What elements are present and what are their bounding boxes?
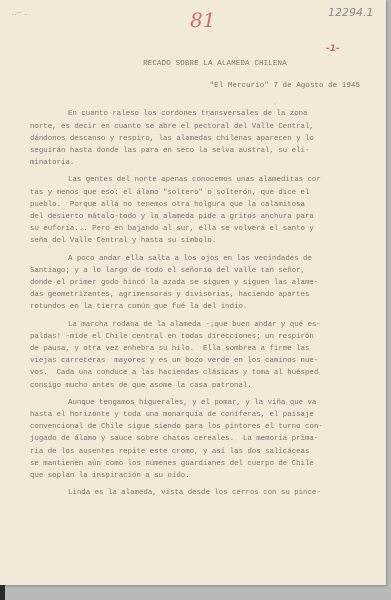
text-line: convencional de Chile sigue siendo para …: [30, 421, 360, 433]
text-line: minatoria.: [30, 157, 360, 169]
dateline: "El Mercurio" 7 de Agosto de 1945: [30, 80, 360, 92]
text-line: de pausa, y otra vez enhebra su hilo. El…: [30, 343, 360, 355]
text-line: rotundos en la tierra común que fué la d…: [30, 301, 360, 313]
text-line: que soplan la inspiración a su oído.: [30, 470, 360, 482]
document-body: RECADO SOBRE LA ALAMEDA CHILENA "El Merc…: [30, 58, 360, 505]
text-line: A poco andar ella salta a los ojos en la…: [30, 253, 360, 265]
paragraph-4: La marcha rodana de la alameda -¡que bue…: [30, 319, 360, 392]
text-line: paldas! -mide el Chile central en todas …: [30, 331, 360, 343]
paragraph-1: En cuanto raleso los cordones transversa…: [30, 108, 360, 169]
text-line: das geometrizantes, agrimensoras y divis…: [30, 289, 360, 301]
text-line: su euforía... Pero en bajando al sur, el…: [30, 223, 360, 235]
document-page: -· ̅ ̅ - 81 12294.1 -1- RECADO SOBRE LA …: [0, 0, 386, 585]
text-line: jugado de álamo y sauce sobre chatos cer…: [30, 433, 360, 445]
paragraph-2: Las gentes del norte apenas conocemos un…: [30, 174, 360, 247]
text-line: Linda es la alameda, vista desde los cer…: [30, 487, 360, 499]
text-line: Santiago; y a lo largo de todo el señorí…: [30, 265, 360, 277]
text-line: seguirán hasta donde las para en seco la…: [30, 145, 360, 157]
text-line: norte, es decir en cuanto se abre el pec…: [30, 121, 360, 133]
text-line: seña del Valle Central y hasta su símbol…: [30, 235, 360, 247]
text-line: tas y menos que eso: el álamo "soltero" …: [30, 187, 360, 199]
paragraph-6: Linda es la alameda, vista desde los cer…: [30, 487, 360, 499]
text-line: En cuanto raleso los cordones transversa…: [30, 108, 360, 120]
archive-number: 12294.1: [328, 6, 374, 19]
document-title: RECADO SOBRE LA ALAMEDA CHILENA: [70, 58, 360, 70]
text-line: viejas carreteras mayores y es un bozo v…: [30, 355, 360, 367]
text-line: se mantienen aún como los númenes guardi…: [30, 458, 360, 470]
text-line: vos. Cada una conduce a las haciendas cl…: [30, 367, 360, 379]
corner-mark: -· ̅ ̅ -: [12, 12, 28, 18]
paragraph-3: A poco andar ella salta a los ojos en la…: [30, 253, 360, 314]
text-line: ria de los ausentes repite este cromo, y…: [30, 446, 360, 458]
text-line: La marcha rodana de la alameda -¡que bue…: [30, 319, 360, 331]
text-line: hasta el horizonte y toda una monarquía …: [30, 409, 360, 421]
page-marker: -1-: [326, 44, 340, 54]
text-line: del desierto mátalo-todo y la alameda pi…: [30, 211, 360, 223]
paragraph-5: Aunque tengamos higuerales, y el pomar, …: [30, 397, 360, 482]
scan-edge-shadow: [0, 585, 5, 600]
handwritten-page-number: 81: [190, 8, 215, 32]
text-line: donde el primer godo hincó la azada se s…: [30, 277, 360, 289]
text-line: pueblo. Porque allá no tenemos otra holg…: [30, 199, 360, 211]
text-line: Las gentes del norte apenas conocemos un…: [30, 174, 360, 186]
text-line: Aunque tengamos higuerales, y el pomar, …: [30, 397, 360, 409]
text-line: consigo mucho antes de que asome la casa…: [30, 380, 360, 392]
text-line: dándonos descanso y respiro, las alameda…: [30, 133, 360, 145]
